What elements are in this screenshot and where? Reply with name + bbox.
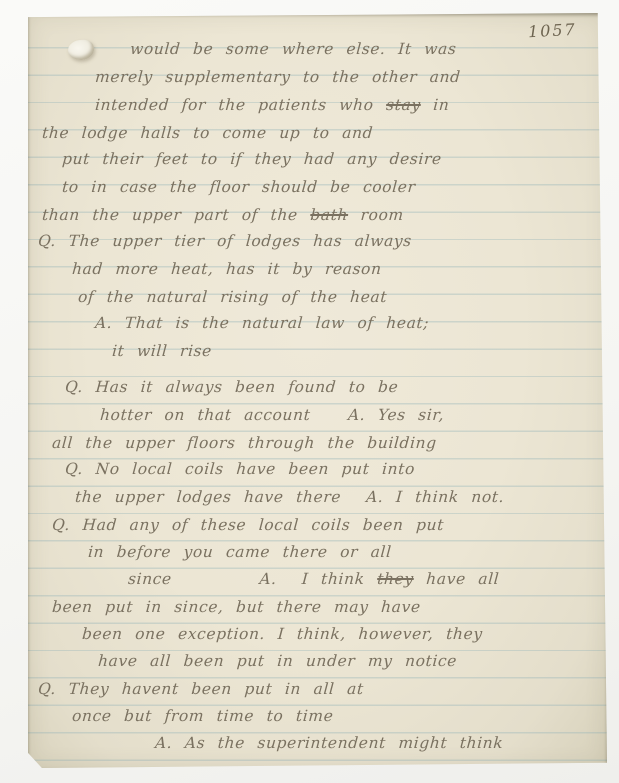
manuscript-line: Q. The upper tier of lodges has always (37, 234, 412, 250)
manuscript-line: Q. They havent been put in all at (37, 682, 364, 698)
manuscript-line: once but from time to time (71, 709, 333, 725)
manuscript-line: merely supplementary to the other and (94, 70, 461, 86)
struck-word: they (377, 570, 415, 588)
manuscript-line: been put in since, but there may have (51, 600, 421, 616)
manuscript-line: Q. Has it always been found to be (64, 380, 398, 396)
manuscript-line: put their feet to if they had any desire (61, 152, 442, 168)
manuscript-line: hotter on that account A. Yes sir, (99, 408, 444, 424)
manuscript-text-layer: would be some where else. It wasmerely s… (28, 13, 607, 768)
manuscript-line: to in case the floor should be cooler (61, 180, 416, 196)
struck-word: bath (310, 206, 349, 224)
manuscript-line: Q. No local coils have been put into (64, 462, 415, 478)
manuscript-line: intended for the patients who stay in (94, 98, 449, 114)
manuscript-line: since A. I think they have all (127, 572, 499, 588)
manuscript-line: all the upper floors through the buildin… (51, 436, 437, 452)
manuscript-line: in before you came there or all (87, 545, 392, 561)
manuscript-line: had more heat, has it by reason (71, 262, 382, 278)
manuscript-line: it will rise (111, 344, 212, 360)
manuscript-line: of the natural rising of the heat (77, 290, 387, 306)
manuscript-line: would be some where else. It was (129, 42, 457, 58)
struck-word: stay (386, 96, 422, 114)
manuscript-line: have all been put in under my notice (97, 654, 457, 670)
manuscript-line: the upper lodges have there A. I think n… (74, 490, 504, 506)
manuscript-line: the lodge halls to come up to and (41, 126, 373, 142)
manuscript-line: A. That is the natural law of heat; (94, 316, 429, 332)
manuscript-line: been one exception. I think, however, th… (81, 627, 483, 643)
manuscript-line: A. As the superintendent might think (154, 736, 503, 752)
manuscript-line: Q. Had any of these local coils been put (51, 518, 444, 534)
paper-sheet: 1057 would be some where else. It wasmer… (28, 13, 607, 768)
manuscript-line: than the upper part of the bath room (41, 208, 404, 224)
